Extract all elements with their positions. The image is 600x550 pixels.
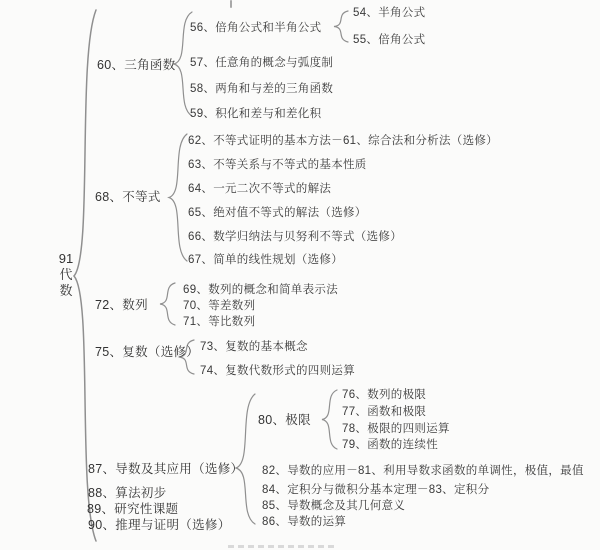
- branch-sequence: 72、数列: [95, 295, 148, 313]
- algebra-knowledge-tree: 91 代 数 60、三角函数 56、倍角公式和半角公式 54、半角公式 55、倍…: [0, 0, 600, 550]
- node-76: 76、数列的极限: [342, 386, 426, 402]
- node-80-limit: 80、极限: [258, 410, 311, 428]
- node-55: 55、倍角公式: [353, 31, 425, 47]
- branch-complex: 75、复数（选修）: [95, 342, 199, 360]
- root-char-2: 数: [53, 283, 79, 299]
- root-char-1: 代: [53, 267, 79, 283]
- node-54: 54、半角公式: [353, 4, 425, 20]
- brace-sequence: [160, 283, 175, 325]
- node-69: 69、数列的概念和简单表示法: [183, 281, 338, 297]
- brace-formula-56: [334, 11, 348, 42]
- cropped-text-artifact-bottom: [228, 545, 336, 548]
- brace-inequality: [169, 134, 187, 261]
- node-65: 65、绝对值不等式的解法（选修）: [188, 204, 367, 220]
- node-64: 64、一元二次不等式的解法: [188, 180, 331, 196]
- node-71: 71、等比数列: [183, 313, 255, 329]
- node-58: 58、两角和与差的三角函数: [190, 80, 333, 96]
- node-74: 74、复数代数形式的四则运算: [200, 362, 355, 378]
- node-77: 77、函数和极限: [342, 403, 426, 419]
- branch-trig: 60、三角函数: [97, 55, 176, 73]
- cropped-line-artifact-top: [230, 0, 232, 8]
- node-63: 63、不等关系与不等式的基本性质: [188, 156, 367, 172]
- node-66: 66、数学归纳法与贝努利不等式（选修）: [188, 228, 402, 244]
- node-57: 57、任意角的概念与弧度制: [190, 54, 333, 70]
- node-82: 82、导数的应用－81、利用导数求函数的单调性，极值，最值: [262, 462, 584, 478]
- node-85: 85、导数概念及其几何意义: [262, 497, 405, 513]
- node-73: 73、复数的基本概念: [200, 338, 308, 354]
- node-79: 79、函数的连续性: [342, 436, 438, 452]
- branch-derivative: 87、导数及其应用（选修）: [88, 459, 243, 477]
- branch-inequality: 68、不等式: [95, 187, 161, 205]
- root-node-algebra: 91 代 数: [53, 251, 79, 299]
- node-86: 86、导数的运算: [262, 513, 346, 529]
- node-84: 84、定积分与微积分基本定理－83、定积分: [262, 481, 489, 497]
- root-number: 91: [53, 251, 79, 267]
- node-62: 62、不等式证明的基本方法－61、综合法和分析法（选修）: [188, 132, 498, 148]
- node-59: 59、积化和差与和差化积: [190, 105, 321, 121]
- node-70: 70、等差数列: [183, 297, 255, 313]
- node-67: 67、简单的线性规划（选修）: [188, 251, 343, 267]
- brace-limit: [322, 390, 337, 449]
- node-78: 78、极限的四则运算: [342, 420, 450, 436]
- branch-reasoning: 90、推理与证明（选修）: [88, 515, 231, 533]
- node-56: 56、倍角公式和半角公式: [190, 19, 321, 35]
